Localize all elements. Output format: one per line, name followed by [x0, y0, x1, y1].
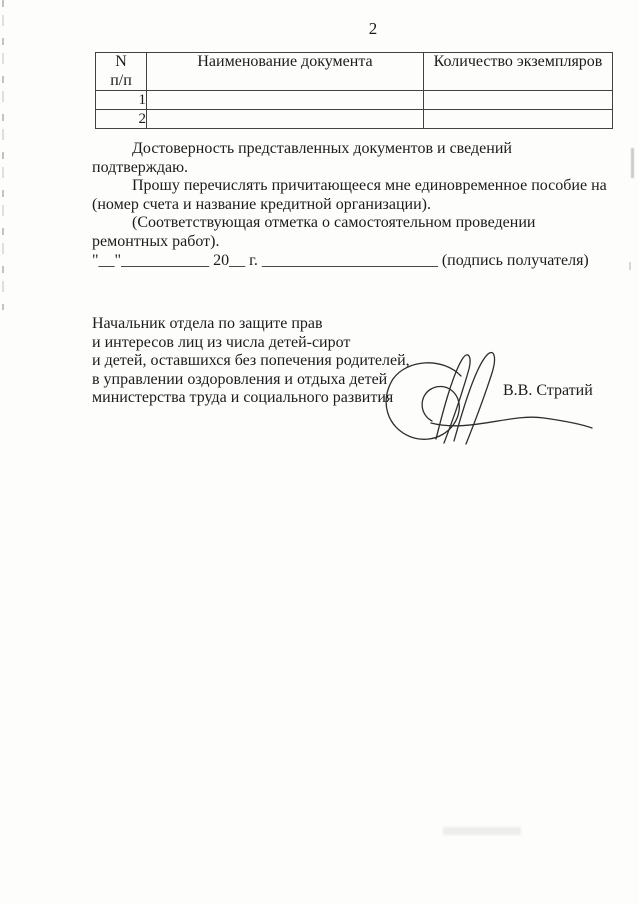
documents-table: N п/п Наименование документа Количество … — [95, 52, 613, 129]
official-title-line: Начальник отдела по защите прав — [92, 315, 452, 334]
paragraph-repair-note: (Соответствующая отметка о самостоятельн… — [92, 214, 609, 251]
scan-edge-artifact — [2, 0, 4, 310]
copies-count-cell — [424, 91, 613, 110]
col-header-num-line1: N — [96, 53, 146, 72]
copies-count-cell — [424, 110, 613, 129]
col-header-copies-count: Количество экземпляров — [424, 53, 613, 91]
paragraph-authenticity: Достоверность представленных документов … — [92, 140, 609, 177]
scan-smudge-bottom — [443, 827, 521, 835]
scanned-document-page: 2 N п/п Наименование документа Количеств… — [0, 0, 639, 905]
official-name: В.В. Стратий — [503, 382, 593, 400]
col-header-num: N п/п — [96, 53, 147, 91]
document-name-cell — [147, 91, 424, 110]
page-number: 2 — [358, 19, 388, 39]
row-number-cell: 1 — [96, 91, 147, 110]
col-header-num-line2: п/п — [96, 72, 146, 91]
table-row: 1 — [96, 91, 613, 110]
official-title-line: и интересов лиц из числа детей-сирот — [92, 334, 452, 353]
table-row: 2 — [96, 110, 613, 129]
body-text: Достоверность представленных документов … — [92, 140, 609, 252]
document-name-cell — [147, 110, 424, 129]
col-header-document-name: Наименование документа — [147, 53, 424, 91]
table-header-row: N п/п Наименование документа Количество … — [96, 53, 613, 91]
date-and-recipient-signature-line: "__"___________ 20__ г. ________________… — [92, 251, 632, 270]
row-number-cell: 2 — [96, 110, 147, 129]
paragraph-transfer-request: Прошу перечислять причитающееся мне един… — [92, 177, 609, 214]
scan-smudge — [631, 148, 634, 178]
